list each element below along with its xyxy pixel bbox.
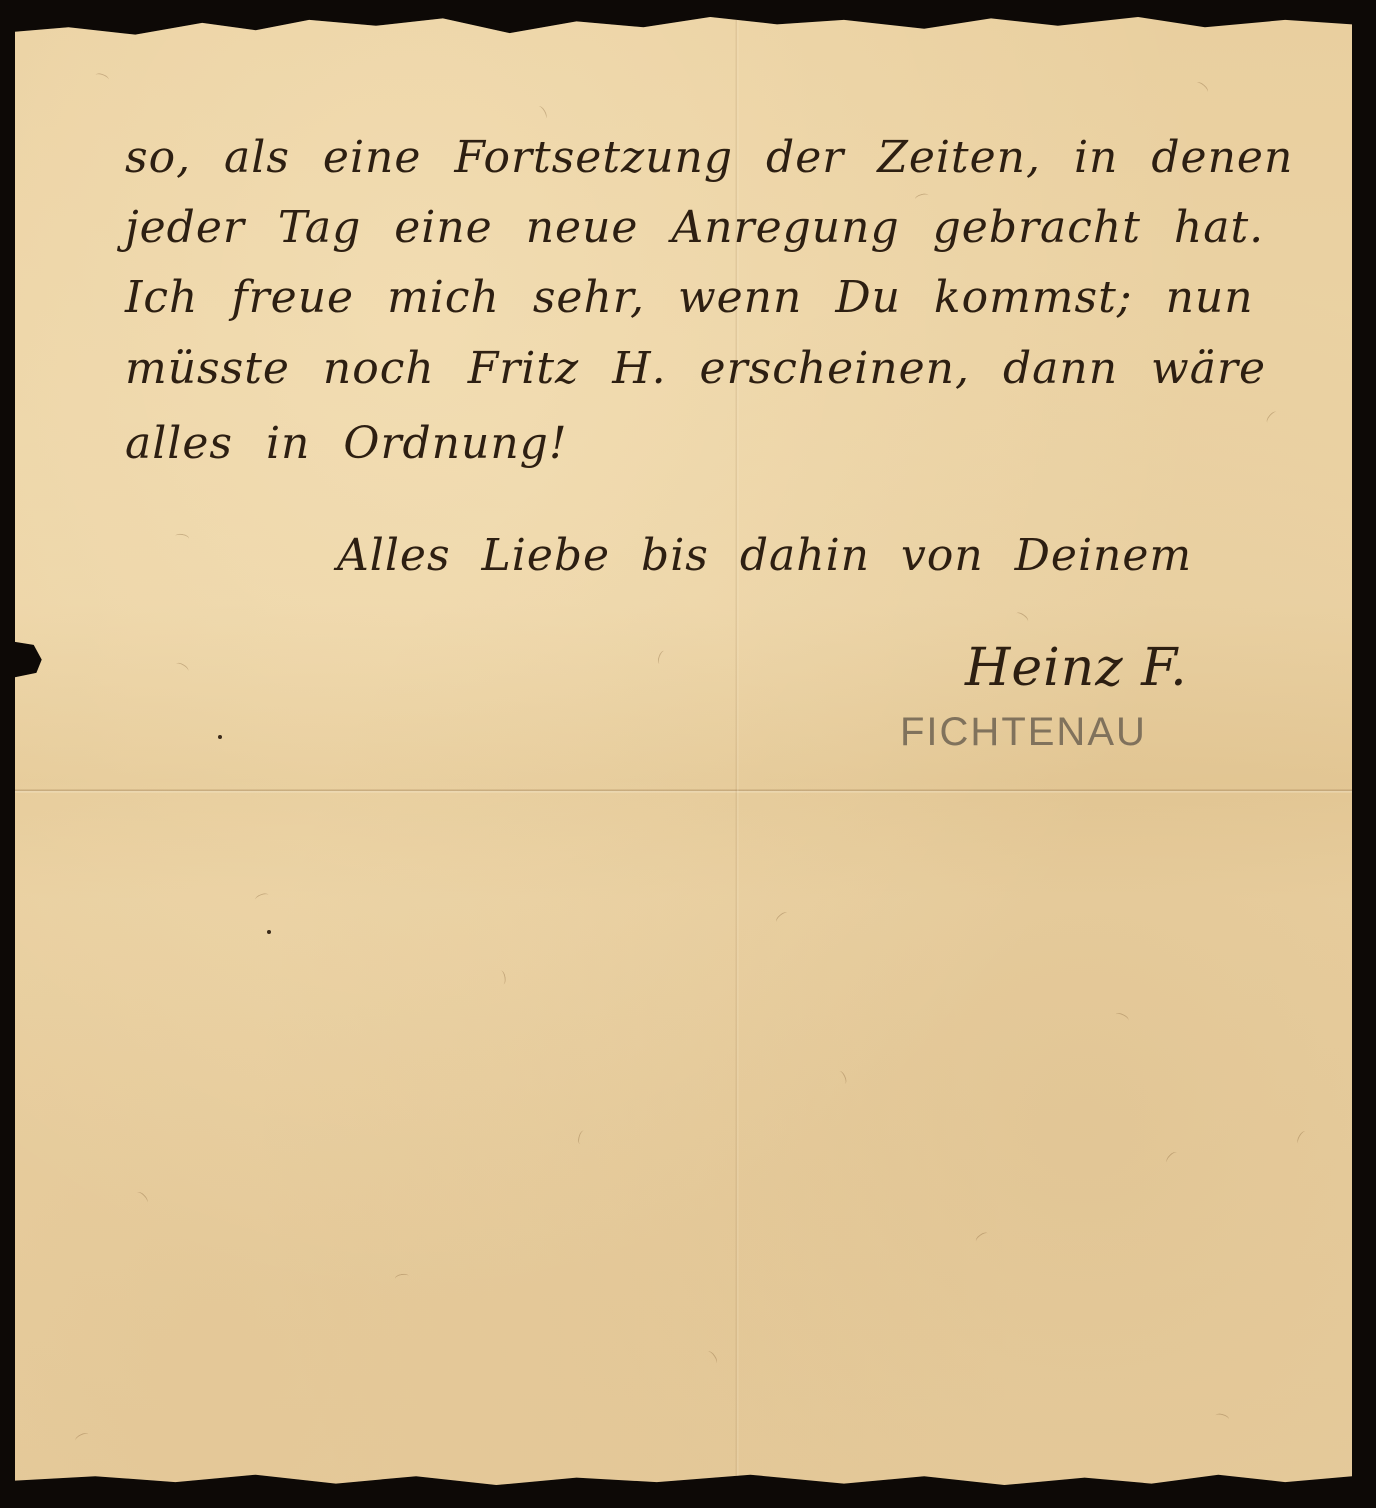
letter-signature: Heinz F. [965,642,1188,694]
letter-line-3: Ich freue mich sehr, wenn Du kommst; nun [125,276,1254,320]
letter-paper: so, als eine Fortsetzung der Zeiten, in … [15,14,1352,1488]
ink-dot [267,930,271,934]
ink-dot [218,735,222,739]
letter-line-4: müsste noch Fritz H. erscheinen, dann wä… [125,347,1266,391]
letter-line-1: so, als eine Fortsetzung der Zeiten, in … [125,136,1293,180]
pencil-annotation: FICHTENAU [900,710,1147,755]
horizontal-fold-crease [15,789,1352,793]
letter-line-2: jeder Tag eine neue Anregung gebracht ha… [125,206,1264,250]
letter-closing: Alles Liebe bis dahin von Deinem [337,534,1192,578]
letter-line-5: alles in Ordnung! [125,422,568,466]
